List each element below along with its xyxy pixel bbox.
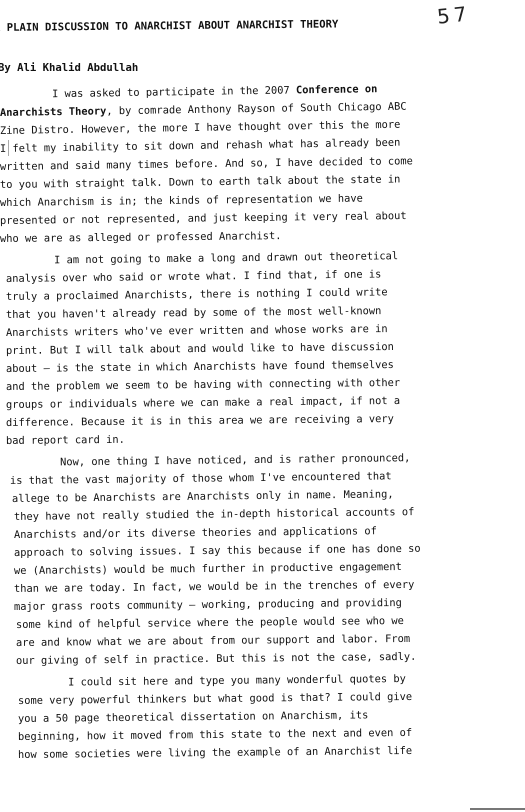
text-line: is that the vast majority of those whom … bbox=[10, 470, 392, 487]
line-text: approach to solving issues. I say this b… bbox=[14, 543, 421, 559]
text-line: Anarchists and/or its diverse theories a… bbox=[14, 525, 377, 541]
text-line: I was asked to participate in the 2007 C… bbox=[2, 83, 378, 101]
text-line: difference. Because it is in this area w… bbox=[6, 413, 394, 429]
line-text: allege to be Anarchists are Anarchists o… bbox=[12, 488, 394, 505]
text-line: that you haven't already read by some of… bbox=[6, 305, 381, 321]
line-text: some very powerful thinkers but what goo… bbox=[18, 691, 412, 707]
line-text: presented or not represented, and just k… bbox=[0, 210, 407, 227]
text-line: which Anarchism is in; the kinds of repr… bbox=[0, 193, 363, 209]
text-line: truly a proclaimed Anarchists, there is … bbox=[6, 286, 388, 303]
text-line: how some societies were living the examp… bbox=[18, 745, 412, 761]
line-text: our giving of self in practice. But this… bbox=[16, 651, 416, 667]
line-text: bad report card in. bbox=[6, 434, 125, 447]
text-line: about — is the state in which Anarchists… bbox=[6, 359, 394, 375]
text-line: major grass roots community — working, p… bbox=[14, 597, 402, 613]
text-line: presented or not represented, and just k… bbox=[0, 210, 407, 227]
line-text: groups or individuals where we can make … bbox=[6, 395, 400, 411]
text-line: bad report card in. bbox=[6, 434, 125, 447]
line-text: which Anarchism is in; the kinds of repr… bbox=[0, 193, 363, 209]
handwritten-page-number: 57 bbox=[436, 1, 472, 28]
line-text: print. But I will talk about and would l… bbox=[6, 341, 394, 357]
text-line: Anarchists Theory, by comrade Anthony Ra… bbox=[0, 101, 407, 119]
line-text: truly a proclaimed Anarchists, there is … bbox=[6, 286, 388, 303]
text-line: some kind of helpful service where the p… bbox=[16, 615, 404, 631]
line-text: , by comrade Anthony Rayson of South Chi… bbox=[106, 101, 406, 118]
line-text: they have not really studied the in-dept… bbox=[14, 506, 414, 523]
line-text: beginning, how it moved from this state … bbox=[18, 727, 412, 743]
text-line: print. But I will talk about and would l… bbox=[6, 341, 394, 357]
line-text: Anarchists and/or its diverse theories a… bbox=[14, 525, 377, 541]
line-text: Zine Distro. However, the more I have th… bbox=[0, 119, 400, 137]
text-line: approach to solving issues. I say this b… bbox=[14, 543, 421, 559]
text-line: written and said many times before. And … bbox=[0, 155, 413, 173]
line-text: and the problem we seem to be having wit… bbox=[6, 377, 400, 393]
text-line: they have not really studied the in-dept… bbox=[14, 506, 414, 523]
text-line: I felt my inability to sit down and reha… bbox=[0, 137, 400, 155]
text-line: beginning, how it moved from this state … bbox=[18, 727, 412, 743]
line-text: I could sit here and type you many wonde… bbox=[18, 673, 406, 689]
document-title: A PLAIN DISCUSSION TO ANARCHIST ABOUT AN… bbox=[0, 18, 338, 34]
line-text: I felt my inability to sit down and reha… bbox=[0, 137, 400, 155]
line-text: I am not going to make a long and drawn … bbox=[4, 250, 398, 267]
line-text: written and said many times before. And … bbox=[0, 155, 413, 173]
line-text: than we are today. In fact, we would be … bbox=[14, 579, 414, 595]
author-byline: By Ali Khalid Abdullah bbox=[0, 62, 138, 74]
text-line: allege to be Anarchists are Anarchists o… bbox=[12, 488, 394, 505]
line-text: how some societies were living the examp… bbox=[18, 745, 412, 761]
line-text: Now, one thing I have noticed, and is ra… bbox=[10, 452, 410, 469]
line-text: analysis over who said or wrote what. I … bbox=[6, 268, 381, 285]
line-text: are and know what we are about from our … bbox=[16, 633, 410, 649]
text-line: Zine Distro. However, the more I have th… bbox=[0, 119, 400, 137]
text-line: to you with straight talk. Down to earth… bbox=[0, 173, 400, 191]
text-line: you a 50 page theoretical dissertation o… bbox=[18, 709, 368, 725]
line-text: Anarchists writers who've ever written a… bbox=[6, 323, 388, 339]
text-line: are and know what we are about from our … bbox=[16, 633, 410, 649]
line-text: we (Anarchists) would be much further in… bbox=[14, 561, 402, 577]
text-line: some very powerful thinkers but what goo… bbox=[18, 691, 412, 707]
line-text: who we are as alleged or professed Anarc… bbox=[0, 230, 282, 245]
text-line: Now, one thing I have noticed, and is ra… bbox=[10, 452, 410, 469]
text-line: our giving of self in practice. But this… bbox=[16, 651, 416, 667]
text-line: Anarchists writers who've ever written a… bbox=[6, 323, 388, 339]
text-line: and the problem we seem to be having wit… bbox=[6, 377, 400, 393]
scan-artifact bbox=[8, 140, 9, 156]
line-text: you a 50 page theoretical dissertation o… bbox=[18, 709, 368, 725]
line-text: to you with straight talk. Down to earth… bbox=[0, 173, 400, 191]
text-line: I am not going to make a long and drawn … bbox=[4, 250, 398, 267]
text-line: groups or individuals where we can make … bbox=[6, 395, 400, 411]
line-text: that you haven't already read by some of… bbox=[6, 305, 381, 321]
text-line: than we are today. In fact, we would be … bbox=[14, 579, 414, 595]
scan-edge bbox=[470, 808, 525, 810]
line-text: major grass roots community — working, p… bbox=[14, 597, 402, 613]
line-text: is that the vast majority of those whom … bbox=[10, 470, 392, 487]
line-text: difference. Because it is in this area w… bbox=[6, 413, 394, 429]
line-emphasis: Anarchists Theory bbox=[0, 105, 106, 119]
text-line: analysis over who said or wrote what. I … bbox=[6, 268, 381, 285]
line-text: some kind of helpful service where the p… bbox=[16, 615, 404, 631]
text-line: I could sit here and type you many wonde… bbox=[18, 673, 406, 689]
text-line: we (Anarchists) would be much further in… bbox=[14, 561, 402, 577]
line-text: about — is the state in which Anarchists… bbox=[6, 359, 394, 375]
text-line: who we are as alleged or professed Anarc… bbox=[0, 230, 282, 245]
line-emphasis: Conference on bbox=[296, 83, 378, 96]
line-text: I was asked to participate in the 2007 bbox=[2, 84, 296, 101]
